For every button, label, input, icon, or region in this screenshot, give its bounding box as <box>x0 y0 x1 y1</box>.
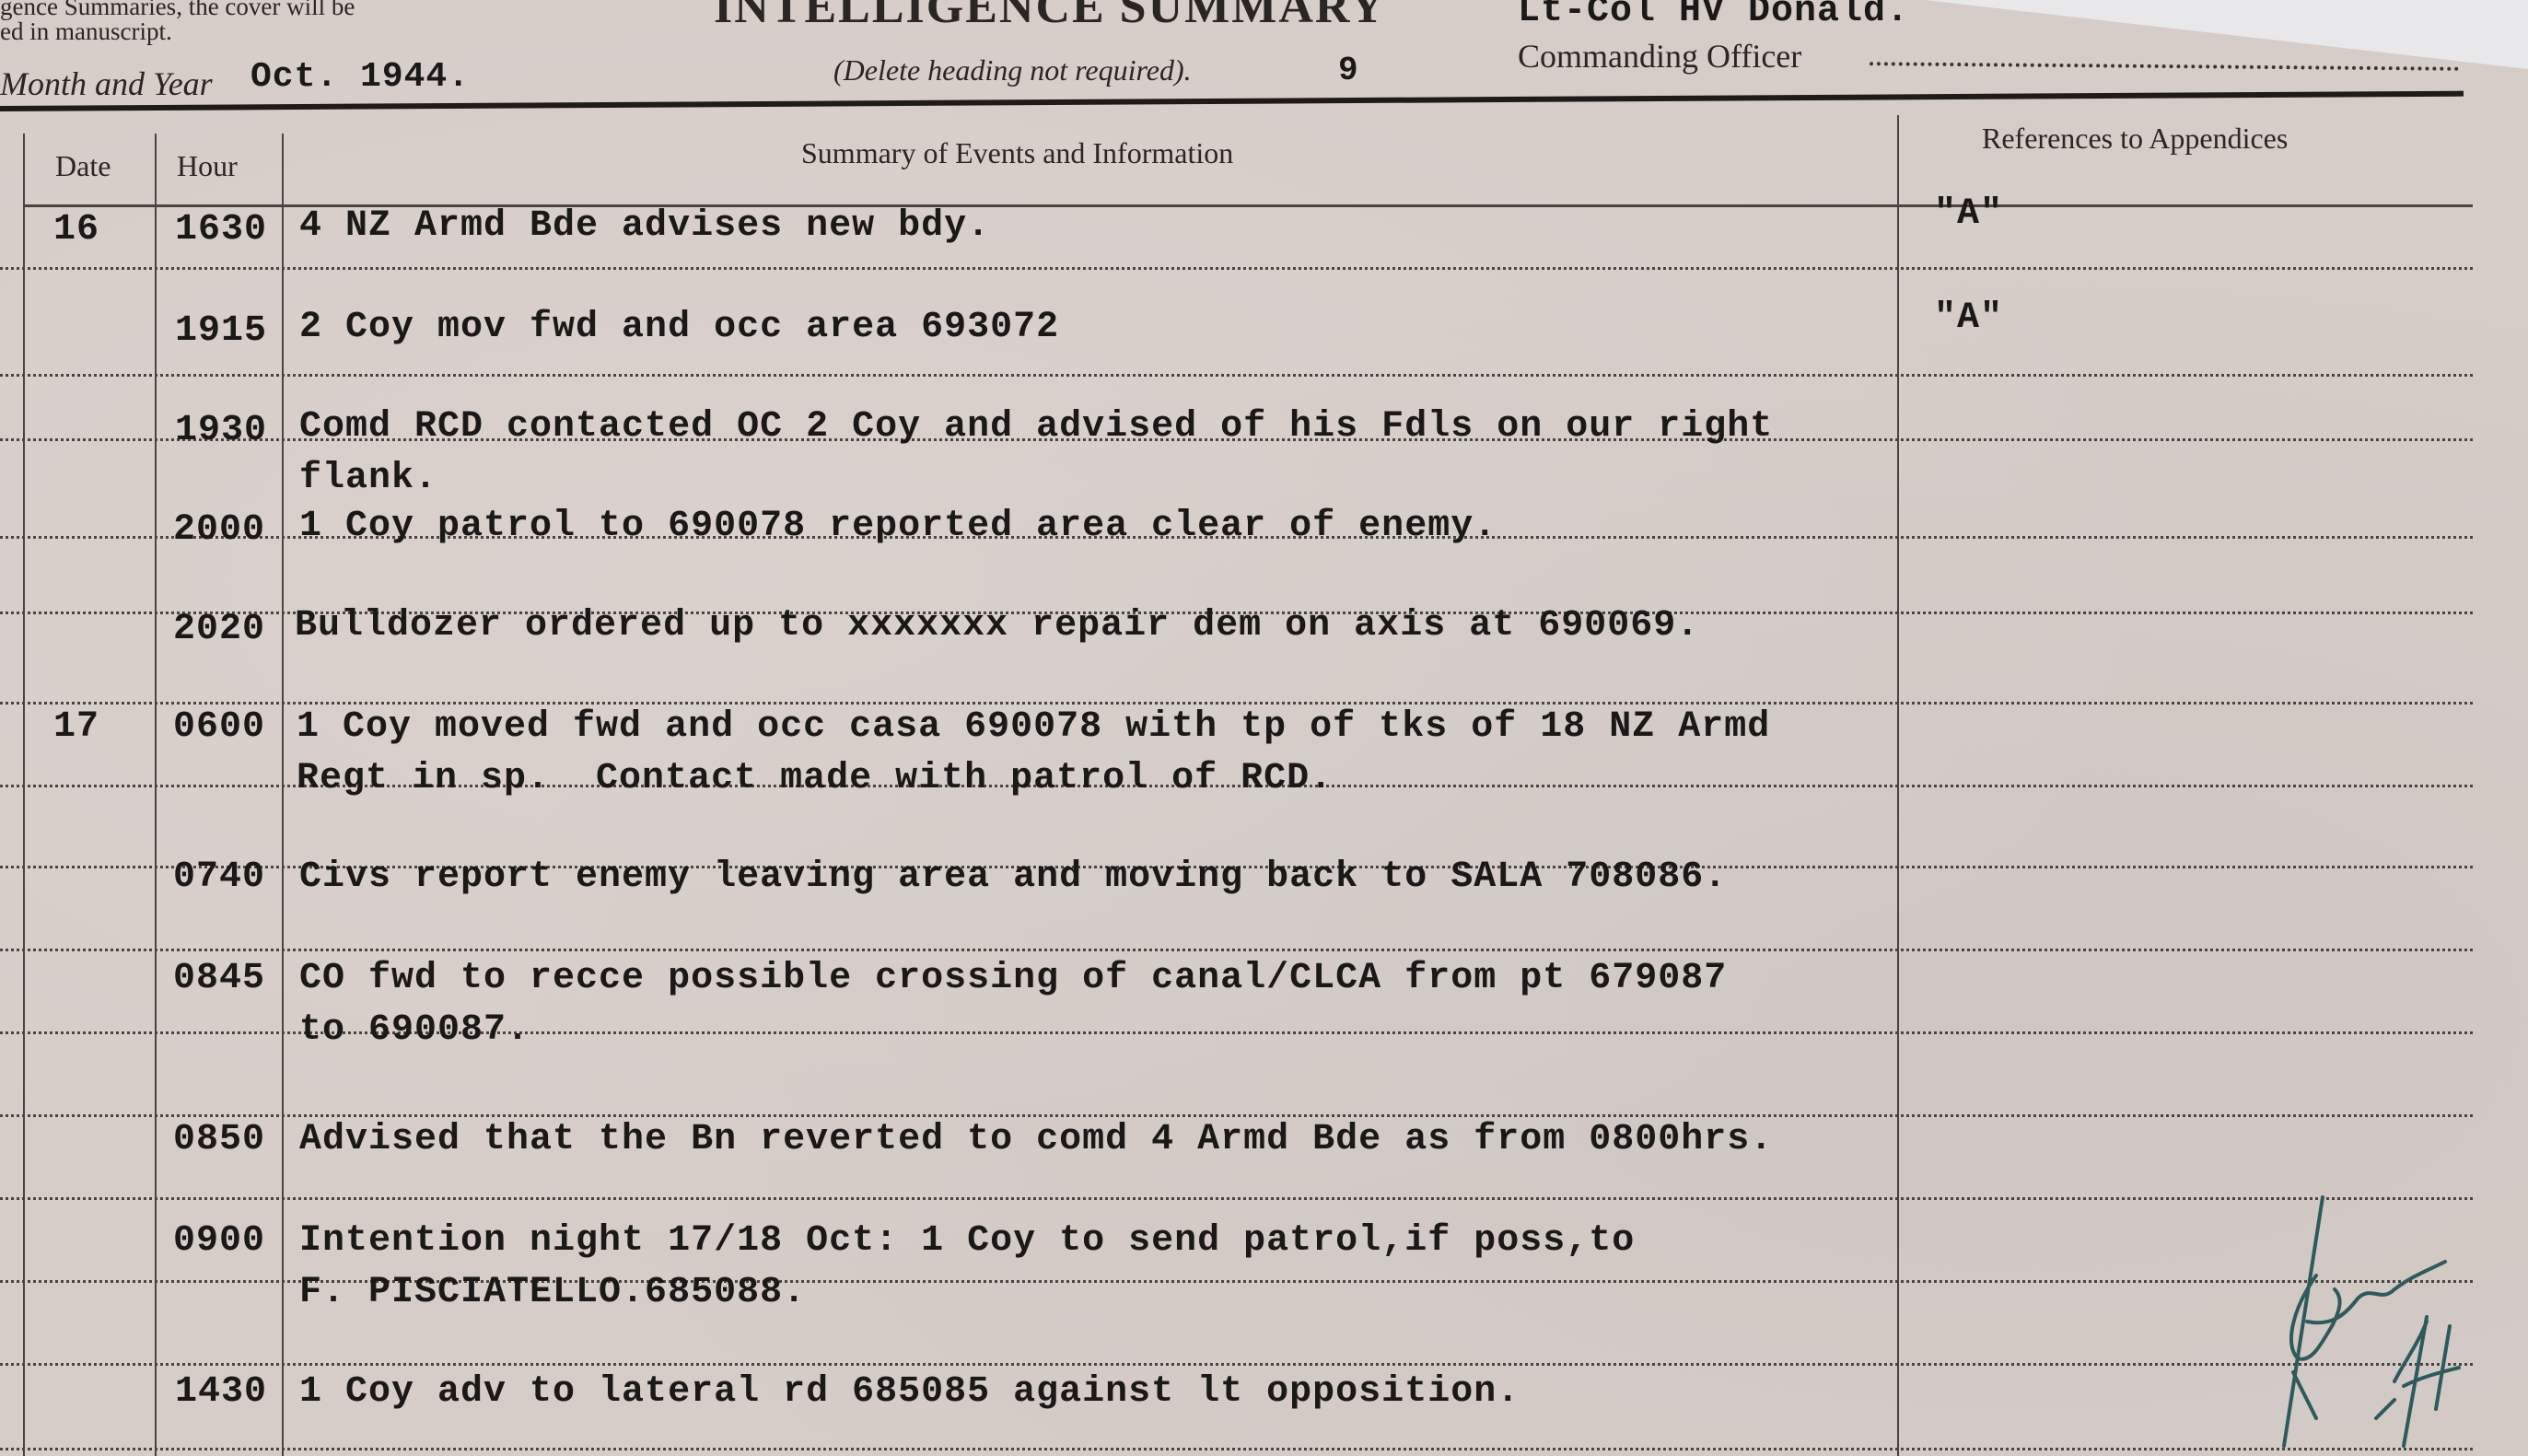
row-hour: 0740 <box>173 852 265 903</box>
column-line-hour <box>282 134 284 1456</box>
row-rule <box>0 1363 2473 1366</box>
page-title: INTELLIGENCE SUMMARY <box>714 0 1386 34</box>
signature-icon <box>2266 1188 2505 1455</box>
appendix-reference: "A" <box>1934 189 2003 240</box>
row-summary: 4 NZ Armd Bde advises new bdy. <box>299 201 990 252</box>
row-date: 16 <box>53 204 99 256</box>
row-summary: Civs report enemy leaving area and movin… <box>299 852 1727 903</box>
row-summary: Bulldozer ordered up to xxxxxxx repair d… <box>295 600 1699 652</box>
row-rule <box>0 1197 2473 1200</box>
delete-heading-note: (Delete heading not required). <box>833 53 1192 87</box>
row-rule <box>0 267 2473 270</box>
row-summary: 1 Coy moved fwd and occ casa 690078 with… <box>297 702 1770 805</box>
page-number: 9 <box>1338 52 1359 89</box>
row-hour: 2000 <box>173 505 265 556</box>
instruction-note-line-1: gence Summaries, the cover will be <box>0 0 355 19</box>
row-date: 17 <box>53 702 99 753</box>
column-line-margin <box>23 134 25 1456</box>
appendix-reference: "A" <box>1934 293 2003 344</box>
row-hour: 0845 <box>173 953 265 1005</box>
row-hour: 1630 <box>175 204 267 256</box>
row-hour: 1915 <box>175 306 267 357</box>
war-diary-page: gence Summaries, the cover will be ed in… <box>0 0 2528 1456</box>
row-summary: 1 Coy adv to lateral rd 685085 against l… <box>299 1367 1520 1418</box>
commanding-officer-name: Lt-Col HV Donald. <box>1518 0 1909 32</box>
column-header-summary: Summary of Events and Information <box>801 136 1233 170</box>
row-rule <box>0 374 2473 377</box>
month-year-label: Month and Year <box>0 64 213 103</box>
commanding-officer-label: Commanding Officer <box>1518 37 1801 76</box>
row-rule <box>0 949 2473 951</box>
row-summary: 2 Coy mov fwd and occ area 693072 <box>299 302 1059 354</box>
column-line-date <box>155 134 157 1456</box>
row-hour: 2020 <box>173 604 265 656</box>
instruction-note-line-2: ed in manuscript. <box>0 19 355 44</box>
row-rule <box>0 1448 2473 1450</box>
row-summary: CO fwd to recce possible crossing of can… <box>299 953 1727 1056</box>
row-summary: Comd RCD contacted OC 2 Coy and advised … <box>299 402 1773 505</box>
column-header-hour: Hour <box>177 149 238 183</box>
row-hour: 0600 <box>173 702 265 753</box>
column-header-references: References to Appendices <box>1982 122 2288 156</box>
instruction-note: gence Summaries, the cover will be ed in… <box>0 0 355 44</box>
row-hour: 1930 <box>175 405 267 457</box>
month-year-value: Oct. 1944. <box>250 57 470 97</box>
row-summary: 1 Coy patrol to 690078 reported area cle… <box>299 501 1497 553</box>
row-hour: 0900 <box>173 1216 265 1267</box>
row-hour: 1430 <box>175 1367 267 1418</box>
commanding-officer-dotted-line <box>1870 62 2459 71</box>
row-summary: Advised that the Bn reverted to comd 4 A… <box>299 1114 1773 1166</box>
row-hour: 0850 <box>173 1114 265 1166</box>
row-summary: Intention night 17/18 Oct: 1 Coy to send… <box>299 1216 1635 1319</box>
column-header-date: Date <box>55 149 111 183</box>
